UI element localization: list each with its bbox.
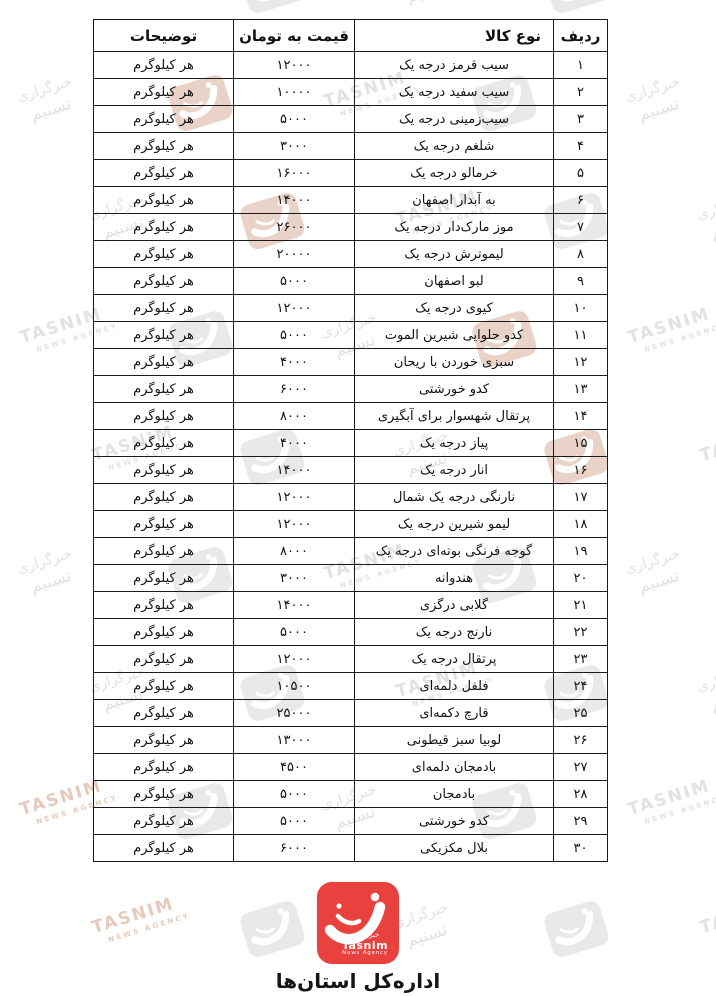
cell-row-number: ۸ — [554, 241, 608, 268]
tasnim-watermark-persian-text: خبرگزاریتسنیم — [15, 545, 81, 602]
cell-price: ۸۰۰۰ — [234, 403, 355, 430]
table-row: ۳ سیب‌زمینی درجه یک ۵۰۰۰ هر کیلوگرم — [94, 106, 608, 133]
cell-price: ۲۶۰۰۰ — [234, 214, 355, 241]
cell-unit: هر کیلوگرم — [94, 538, 234, 565]
cell-price: ۴۵۰۰ — [234, 754, 355, 781]
table-row: ۲۵ قارچ دکمه‌ای ۲۵۰۰۰ هر کیلوگرم — [94, 700, 608, 727]
cell-price: ۱۰۰۰۰ — [234, 79, 355, 106]
tasnim-watermark-logo-icon — [0, 427, 4, 492]
cell-unit: هر کیلوگرم — [94, 511, 234, 538]
cell-unit: هر کیلوگرم — [94, 403, 234, 430]
cell-unit: هر کیلوگرم — [94, 295, 234, 322]
cell-item-name: فلفل دلمه‌ای — [355, 673, 554, 700]
cell-row-number: ۱۳ — [554, 376, 608, 403]
table-row: ۲۲ نارنج درجه یک ۵۰۰۰ هر کیلوگرم — [94, 619, 608, 646]
cell-price: ۱۰۵۰۰ — [234, 673, 355, 700]
cell-price: ۱۴۰۰۰ — [234, 592, 355, 619]
cell-price: ۱۲۰۰۰ — [234, 52, 355, 79]
cell-row-number: ۲۱ — [554, 592, 608, 619]
col-header-row-number: ردیف — [554, 20, 608, 52]
cell-unit: هر کیلوگرم — [94, 214, 234, 241]
cell-unit: هر کیلوگرم — [94, 700, 234, 727]
tasnim-watermark-latin-text: TASNIMNEWS AGENCY — [698, 0, 716, 4]
cell-price: ۳۰۰۰ — [234, 565, 355, 592]
cell-row-number: ۱ — [554, 52, 608, 79]
cell-price: ۵۰۰۰ — [234, 619, 355, 646]
cell-unit: هر کیلوگرم — [94, 52, 234, 79]
col-header-item: نوع کالا — [355, 20, 554, 52]
table-row: ۲۸ بادمجان ۵۰۰۰ هر کیلوگرم — [94, 781, 608, 808]
table-row: ۲۷ بادمجان دلمه‌ای ۴۵۰۰ هر کیلوگرم — [94, 754, 608, 781]
cell-row-number: ۱۹ — [554, 538, 608, 565]
cell-item-name: کدو حلوایی شیرین الموت — [355, 322, 554, 349]
cell-item-name: موز مارک‌دار درجه یک — [355, 214, 554, 241]
cell-unit: هر کیلوگرم — [94, 646, 234, 673]
tasnim-watermark-logo-icon — [542, 0, 612, 19]
cell-unit: هر کیلوگرم — [94, 187, 234, 214]
cell-price: ۱۳۰۰۰ — [234, 727, 355, 754]
table-row: ۲۶ لوبیا سبز قیطونی ۱۳۰۰۰ هر کیلوگرم — [94, 727, 608, 754]
cell-item-name: کیوی درجه یک — [355, 295, 554, 322]
tasnim-logo-words: خبرگزاری Tasnim News Agency — [317, 932, 413, 957]
cell-unit: هر کیلوگرم — [94, 808, 234, 835]
cell-row-number: ۲۷ — [554, 754, 608, 781]
cell-item-name: شلغم درجه یک — [355, 133, 554, 160]
cell-row-number: ۶ — [554, 187, 608, 214]
tasnim-watermark-persian-text: خبرگزاریتسنیم — [623, 73, 689, 130]
cell-unit: هر کیلوگرم — [94, 322, 234, 349]
cell-price: ۱۴۰۰۰ — [234, 187, 355, 214]
cell-item-name: لیموترش درجه یک — [355, 241, 554, 268]
tasnim-watermark-persian-text: خبرگزاریتسنیم — [623, 545, 689, 602]
cell-item-name: خرمالو درجه یک — [355, 160, 554, 187]
table-row: ۳۰ بلال مکزیکی ۶۰۰۰ هر کیلوگرم — [94, 835, 608, 862]
cell-row-number: ۴ — [554, 133, 608, 160]
table-row: ۱۲ سبزی خوردن با ریحان ۴۰۰۰ هر کیلوگرم — [94, 349, 608, 376]
cell-price: ۱۲۰۰۰ — [234, 484, 355, 511]
cell-row-number: ۱۰ — [554, 295, 608, 322]
cell-item-name: سیب سفید درجه یک — [355, 79, 554, 106]
cell-unit: هر کیلوگرم — [94, 484, 234, 511]
cell-unit: هر کیلوگرم — [94, 754, 234, 781]
cell-unit: هر کیلوگرم — [94, 781, 234, 808]
cell-unit: هر کیلوگرم — [94, 376, 234, 403]
table-row: ۱۵ پیاز درجه یک ۴۰۰۰ هر کیلوگرم — [94, 430, 608, 457]
cell-price: ۵۰۰۰ — [234, 808, 355, 835]
table-row: ۱۹ گوجه فرنگی بوته‌ای درجه یک ۸۰۰۰ هر کی… — [94, 538, 608, 565]
cell-unit: هر کیلوگرم — [94, 79, 234, 106]
cell-price: ۴۰۰۰ — [234, 430, 355, 457]
table-row: ۲۱ گلابی درگزی ۱۴۰۰۰ هر کیلوگرم — [94, 592, 608, 619]
table-body: ۱ سیب قرمز درجه یک ۱۲۰۰۰ هر کیلوگرم ۲ سی… — [94, 52, 608, 862]
cell-item-name: هندوانه — [355, 565, 554, 592]
cell-item-name: گلابی درگزی — [355, 592, 554, 619]
cell-item-name: لبو اصفهان — [355, 268, 554, 295]
table-row: ۱ سیب قرمز درجه یک ۱۲۰۰۰ هر کیلوگرم — [94, 52, 608, 79]
cell-item-name: لوبیا سبز قیطونی — [355, 727, 554, 754]
cell-price: ۵۰۰۰ — [234, 781, 355, 808]
cell-unit: هر کیلوگرم — [94, 673, 234, 700]
cell-item-name: لیمو شیرین درجه یک — [355, 511, 554, 538]
price-table: ردیف نوع کالا قیمت به تومان توضیحات ۱ سی… — [93, 19, 608, 862]
cell-unit: هر کیلوگرم — [94, 835, 234, 862]
cell-unit: هر کیلوگرم — [94, 430, 234, 457]
cell-row-number: ۱۴ — [554, 403, 608, 430]
tasnim-watermark-persian-text: خبرگزاریتسنیم — [391, 0, 457, 11]
cell-unit: هر کیلوگرم — [94, 457, 234, 484]
cell-item-name: نارنج درجه یک — [355, 619, 554, 646]
tasnim-watermark-latin-text: TASNIMNEWS AGENCY — [626, 302, 716, 357]
cell-price: ۵۰۰۰ — [234, 106, 355, 133]
cell-row-number: ۲۸ — [554, 781, 608, 808]
cell-price: ۲۰۰۰۰ — [234, 241, 355, 268]
table-row: ۲۰ هندوانه ۳۰۰۰ هر کیلوگرم — [94, 565, 608, 592]
tasnim-watermark-persian-text: خبرگزاریتسنیم — [695, 663, 716, 720]
cell-item-name: پرتقال شهسوار برای آبگیری — [355, 403, 554, 430]
table-row: ۹ لبو اصفهان ۵۰۰۰ هر کیلوگرم — [94, 268, 608, 295]
table-row: ۷ موز مارک‌دار درجه یک ۲۶۰۰۰ هر کیلوگرم — [94, 214, 608, 241]
cell-row-number: ۱۶ — [554, 457, 608, 484]
table-row: ۵ خرمالو درجه یک ۱۶۰۰۰ هر کیلوگرم — [94, 160, 608, 187]
tasnim-watermark-logo-icon — [0, 191, 4, 256]
cell-price: ۱۴۰۰۰ — [234, 457, 355, 484]
tasnim-watermark-logo-icon — [0, 663, 4, 728]
cell-price: ۸۰۰۰ — [234, 538, 355, 565]
cell-item-name: سیب قرمز درجه یک — [355, 52, 554, 79]
cell-row-number: ۲۴ — [554, 673, 608, 700]
cell-row-number: ۳ — [554, 106, 608, 133]
cell-row-number: ۲۳ — [554, 646, 608, 673]
cell-unit: هر کیلوگرم — [94, 619, 234, 646]
cell-item-name: بادمجان — [355, 781, 554, 808]
cell-row-number: ۱۸ — [554, 511, 608, 538]
cell-item-name: کدو خورشتی — [355, 376, 554, 403]
cell-item-name: نارنگی درجه یک شمال — [355, 484, 554, 511]
page: TASNIMNEWS AGENCYخبرگزاریتسنیمTASNIMNEWS… — [0, 0, 716, 996]
cell-unit: هر کیلوگرم — [94, 241, 234, 268]
tasnim-logo: خبرگزاری Tasnim News Agency — [317, 882, 399, 964]
cell-row-number: ۲۶ — [554, 727, 608, 754]
table-row: ۴ شلغم درجه یک ۳۰۰۰ هر کیلوگرم — [94, 133, 608, 160]
cell-price: ۵۰۰۰ — [234, 322, 355, 349]
table-row: ۱۳ کدو خورشتی ۶۰۰۰ هر کیلوگرم — [94, 376, 608, 403]
cell-price: ۱۲۰۰۰ — [234, 511, 355, 538]
cell-unit: هر کیلوگرم — [94, 592, 234, 619]
cell-price: ۳۰۰۰ — [234, 133, 355, 160]
cell-item-name: قارچ دکمه‌ای — [355, 700, 554, 727]
tasnim-watermark-persian-text: خبرگزاریتسنیم — [695, 191, 716, 248]
table-row: ۸ لیموترش درجه یک ۲۰۰۰۰ هر کیلوگرم — [94, 241, 608, 268]
table-row: ۱۶ انار درجه یک ۱۴۰۰۰ هر کیلوگرم — [94, 457, 608, 484]
cell-unit: هر کیلوگرم — [94, 106, 234, 133]
cell-unit: هر کیلوگرم — [94, 268, 234, 295]
table-row: ۱۱ کدو حلوایی شیرین الموت ۵۰۰۰ هر کیلوگر… — [94, 322, 608, 349]
tasnim-watermark-logo-icon — [0, 0, 4, 19]
footer: خبرگزاری Tasnim News Agency اداره‌کل است… — [0, 882, 716, 993]
table-row: ۱۴ پرتقال شهسوار برای آبگیری ۸۰۰۰ هر کیل… — [94, 403, 608, 430]
table-row: ۶ به آبدار اصفهان ۱۴۰۰۰ هر کیلوگرم — [94, 187, 608, 214]
cell-item-name: بادمجان دلمه‌ای — [355, 754, 554, 781]
table-row: ۱۸ لیمو شیرین درجه یک ۱۲۰۰۰ هر کیلوگرم — [94, 511, 608, 538]
cell-item-name: انار درجه یک — [355, 457, 554, 484]
tasnim-watermark-persian-text: خبرگزاریتسنیم — [15, 73, 81, 130]
table-header-row: ردیف نوع کالا قیمت به تومان توضیحات — [94, 20, 608, 52]
cell-row-number: ۱۷ — [554, 484, 608, 511]
cell-row-number: ۲ — [554, 79, 608, 106]
cell-price: ۴۰۰۰ — [234, 349, 355, 376]
cell-row-number: ۹ — [554, 268, 608, 295]
cell-row-number: ۲۵ — [554, 700, 608, 727]
cell-item-name: سبزی خوردن با ریحان — [355, 349, 554, 376]
cell-price: ۶۰۰۰ — [234, 376, 355, 403]
cell-row-number: ۲۰ — [554, 565, 608, 592]
cell-row-number: ۲۲ — [554, 619, 608, 646]
cell-unit: هر کیلوگرم — [94, 727, 234, 754]
tasnim-watermark-latin-text: TASNIMNEWS AGENCY — [626, 774, 716, 829]
cell-price: ۵۰۰۰ — [234, 268, 355, 295]
table-row: ۱۷ نارنگی درجه یک شمال ۱۲۰۰۰ هر کیلوگرم — [94, 484, 608, 511]
cell-item-name: پرتقال درجه یک — [355, 646, 554, 673]
table-row: ۲۴ فلفل دلمه‌ای ۱۰۵۰۰ هر کیلوگرم — [94, 673, 608, 700]
cell-row-number: ۳۰ — [554, 835, 608, 862]
cell-row-number: ۱۲ — [554, 349, 608, 376]
cell-price: ۱۲۰۰۰ — [234, 295, 355, 322]
table-row: ۱۰ کیوی درجه یک ۱۲۰۰۰ هر کیلوگرم — [94, 295, 608, 322]
cell-unit: هر کیلوگرم — [94, 133, 234, 160]
cell-price: ۶۰۰۰ — [234, 835, 355, 862]
table-row: ۲۳ پرتقال درجه یک ۱۲۰۰۰ هر کیلوگرم — [94, 646, 608, 673]
cell-item-name: سیب‌زمینی درجه یک — [355, 106, 554, 133]
cell-unit: هر کیلوگرم — [94, 160, 234, 187]
cell-row-number: ۱۱ — [554, 322, 608, 349]
cell-unit: هر کیلوگرم — [94, 565, 234, 592]
logo-latin-sub-label: News Agency — [317, 951, 413, 957]
tasnim-watermark-logo-icon — [238, 0, 308, 19]
cell-row-number: ۷ — [554, 214, 608, 241]
table-row: ۲ سیب سفید درجه یک ۱۰۰۰۰ هر کیلوگرم — [94, 79, 608, 106]
col-header-price: قیمت به تومان — [234, 20, 355, 52]
cell-item-name: به آبدار اصفهان — [355, 187, 554, 214]
footer-caption: اداره‌کل استان‌ها — [276, 969, 440, 993]
cell-item-name: پیاز درجه یک — [355, 430, 554, 457]
cell-item-name: گوجه فرنگی بوته‌ای درجه یک — [355, 538, 554, 565]
cell-price: ۱۶۰۰۰ — [234, 160, 355, 187]
tasnim-watermark-latin-text: TASNIMNEWS AGENCY — [90, 0, 191, 4]
cell-price: ۱۲۰۰۰ — [234, 646, 355, 673]
cell-item-name: بلال مکزیکی — [355, 835, 554, 862]
cell-item-name: کدو خورشتی — [355, 808, 554, 835]
cell-unit: هر کیلوگرم — [94, 349, 234, 376]
table-row: ۲۹ کدو خورشتی ۵۰۰۰ هر کیلوگرم — [94, 808, 608, 835]
tasnim-watermark-latin-text: TASNIMNEWS AGENCY — [698, 420, 716, 475]
cell-row-number: ۲۹ — [554, 808, 608, 835]
cell-price: ۲۵۰۰۰ — [234, 700, 355, 727]
cell-row-number: ۱۵ — [554, 430, 608, 457]
cell-row-number: ۵ — [554, 160, 608, 187]
col-header-notes: توضیحات — [94, 20, 234, 52]
